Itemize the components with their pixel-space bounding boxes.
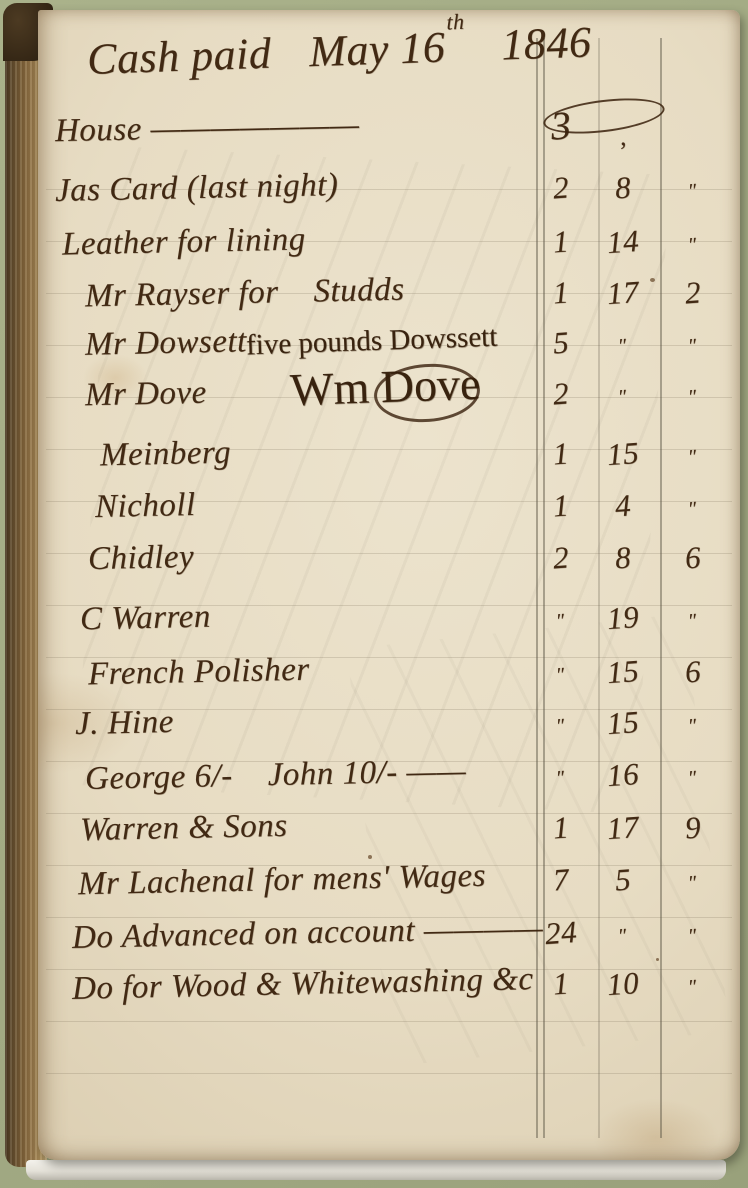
ledger-row: Meinberg 1 15 ″: [38, 436, 740, 488]
ledger-row: French Polisher ″ 15 6: [38, 654, 740, 706]
signature-wm-dove: Wm Dove: [289, 357, 481, 417]
ledger-row: George 6/- John 10/- —— ″ 16 ″: [38, 757, 740, 809]
amount-pounds: 1: [529, 434, 593, 474]
amount-shillings: 17: [591, 273, 655, 313]
ledger-row: Leather for lining 1 14 ″: [38, 224, 740, 276]
entry-description: Mr Lachenal for mens' Wages: [78, 858, 487, 904]
entry-description: C Warren: [80, 599, 212, 639]
amount-shillings: 5: [591, 860, 655, 900]
title-year: 1846: [501, 17, 593, 69]
entry-description: House ———————: [55, 107, 360, 150]
amount-shillings: 15: [591, 652, 655, 692]
amount-shillings: 16: [591, 755, 655, 795]
ledger-row: House ——————— 3 ,: [38, 110, 740, 162]
amount-pence: ″: [655, 922, 730, 950]
amount-pounds: ″: [529, 713, 592, 740]
entry-description: Mr Dowsett: [85, 323, 247, 363]
entry-description: Leather for lining: [62, 221, 306, 263]
amount-pence: ″: [655, 177, 730, 205]
ledger-row: C Warren ″ 19 ″: [38, 600, 740, 652]
ledger-row: Warren & Sons 1 17 9: [38, 810, 740, 862]
entry-description: Do Advanced on account ————: [72, 910, 544, 957]
amount-shillings: 19: [591, 598, 655, 638]
amount-pence: 9: [655, 807, 731, 848]
amount-pounds: 7: [529, 860, 593, 900]
entry-description: French Polisher: [88, 652, 310, 694]
entry-description: Jas Card (last night): [55, 167, 339, 210]
amount-pounds: 24: [529, 913, 593, 953]
amount-pence: [656, 107, 730, 112]
amount-shillings: 15: [591, 703, 655, 743]
amount-shillings: ″: [591, 923, 654, 950]
entry-description: Warren & Sons: [80, 808, 288, 849]
amount-pounds: 3: [528, 100, 593, 151]
amount-shillings: 15: [591, 434, 655, 474]
title-prefix: Cash paid: [86, 29, 272, 84]
amount-pence: 6: [655, 537, 731, 578]
page-title: Cash paidMay 16th1846: [86, 16, 592, 85]
ledger-row: Do Advanced on account ———— 24 ″ ″: [38, 915, 740, 967]
ledger-row: Nicholl 1 4 ″: [38, 488, 740, 540]
amount-pounds: 1: [529, 222, 593, 262]
amount-pence: ″: [655, 443, 730, 471]
amount-pounds: ″: [529, 662, 592, 689]
amount-pounds: 5: [529, 323, 593, 363]
amount-pence: ″: [655, 973, 730, 1001]
amount-pounds: 2: [529, 168, 593, 208]
amount-shillings: 17: [591, 808, 655, 848]
amount-pence: 2: [655, 272, 731, 313]
amount-pounds: ″: [529, 608, 592, 635]
amount-pence: ″: [655, 712, 730, 740]
entry-description: Do for Wood & Whitewashing &c: [72, 961, 534, 1008]
ledger-row: Mr Lachenal for mens' Wages 7 5 ″: [38, 862, 740, 914]
ledger-row: Mr Rayser for Studds 1 17 2: [38, 275, 740, 327]
ledger-row: J. Hine ″ 15 ″: [38, 705, 740, 757]
amount-pounds: ″: [529, 765, 592, 792]
ledger-row: Chidley 2 8 6: [38, 540, 740, 592]
amount-pounds: 1: [529, 808, 593, 848]
entry-description: Mr Rayser for Studds: [85, 272, 405, 316]
entry-description: Chidley: [88, 539, 195, 578]
amount-shillings: ″: [591, 384, 654, 411]
amount-pence: ″: [655, 383, 730, 411]
entry-description: George 6/- John 10/- ——: [85, 753, 467, 798]
amount-pounds: 1: [529, 486, 593, 526]
amount-pence: 6: [655, 651, 731, 692]
ledger-row: Mr Dove Wm Dove 2 ″ ″: [38, 376, 740, 428]
entry-description: Meinberg: [100, 435, 232, 475]
amount-pence: ″: [655, 869, 730, 897]
amount-shillings: ,: [591, 120, 655, 154]
amount-pence: ″: [655, 332, 730, 360]
ledger-page: Cash paidMay 16th1846 House ——————— 3 , …: [38, 10, 740, 1160]
amount-shillings: 8: [591, 538, 655, 578]
amount-pence: ″: [655, 231, 730, 259]
title-date-suffix: th: [446, 9, 465, 35]
amount-pounds: 2: [529, 538, 593, 578]
entry-description: Mr Dove: [85, 375, 207, 415]
amount-shillings: 8: [591, 168, 655, 208]
ledger-row: Jas Card (last night) 2 8 ″: [38, 170, 740, 222]
under-page-edge: [26, 1160, 726, 1180]
entry-description: Nicholl: [95, 487, 196, 526]
amount-pounds: 2: [529, 374, 593, 414]
entry-description: J. Hine: [75, 704, 175, 743]
signature-dowssett: five pounds Dowssett: [246, 321, 498, 363]
ledger-photo: Cash paidMay 16th1846 House ——————— 3 , …: [0, 0, 748, 1188]
amount-pence: ″: [655, 764, 730, 792]
title-date: May 16: [308, 23, 446, 77]
amount-shillings: 14: [591, 222, 655, 262]
amount-pounds: 1: [529, 964, 593, 1004]
amount-shillings: 4: [591, 486, 655, 526]
amount-pence: ″: [655, 495, 730, 523]
amount-shillings: 10: [591, 964, 655, 1004]
ledger-row: Do for Wood & Whitewashing &c 1 10 ″: [38, 966, 740, 1018]
amount-pounds: 1: [529, 273, 593, 313]
amount-pence: ″: [655, 607, 730, 635]
amount-shillings: ″: [591, 333, 654, 360]
